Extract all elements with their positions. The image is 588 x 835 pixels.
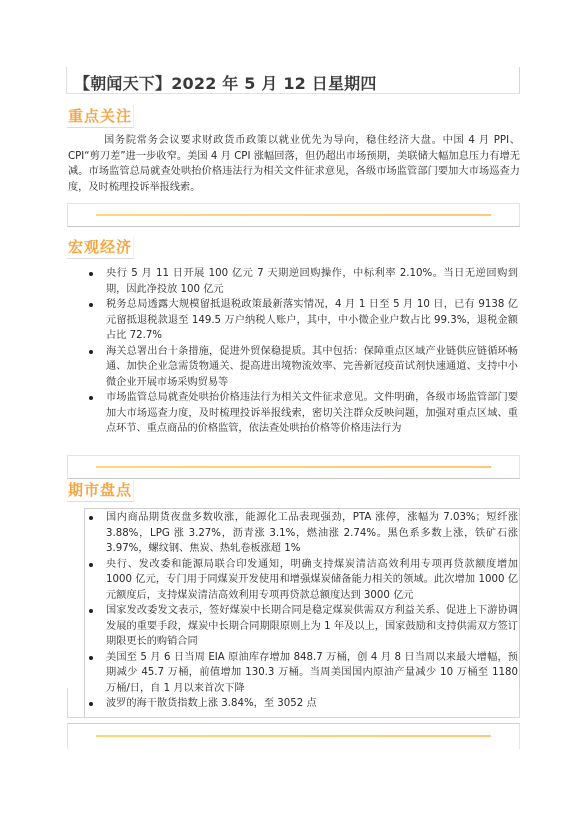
list-item-text: 国家发改委发文表示，签好煤炭中长期合同是稳定煤炭供需双方利益关系、促进上下游协调… — [106, 605, 518, 647]
list-item: 市场监管总局就查处哄抬价格违法行为相关文件征求意见。文件明确，各级市场监管部门要… — [86, 390, 518, 437]
list-item-text: 国内商品期货夜盘多数收涨，能源化工品表现强劲，PTA 涨停，涨幅为 7.03%；… — [106, 512, 518, 554]
list-item-text: 央行 5 月 11 日开展 100 亿元 7 天期逆回购操作，中标利率 2.10… — [106, 268, 518, 295]
bullet-icon — [89, 609, 93, 613]
bullet-icon — [89, 702, 93, 706]
bullet-icon — [89, 350, 93, 354]
list-item-text: 美国至 5 月 6 日当周 EIA 原油库存增加 848.7 万桶，创 4 月 … — [106, 652, 518, 694]
list-item: 国内商品期货夜盘多数收涨，能源化工品表现强劲，PTA 涨停，涨幅为 7.03%；… — [86, 510, 518, 557]
section-divider — [67, 723, 520, 749]
focus-paragraph: 国务院常务会议要求财政货币政策以就业优先为导向，稳住经济大盘。中国 4 月 PP… — [68, 133, 520, 195]
bullet-icon — [89, 563, 93, 567]
list-item: 央行 5 月 11 日开展 100 亿元 7 天期逆回购操作，中标利率 2.10… — [86, 266, 518, 297]
bullet-icon — [89, 303, 93, 307]
list-item-text: 央行、发改委和能源局联合印发通知，明确支持煤炭清洁高效利用专项再贷款额度增加 1… — [106, 559, 518, 601]
section-heading-focus: 重点关注 — [67, 105, 134, 128]
macro-list: 央行 5 月 11 日开展 100 亿元 7 天期逆回购操作，中标利率 2.10… — [86, 266, 518, 437]
list-item-text: 税务总局透露大规模留抵退税政策最新落实情况，4 月 1 日至 5 月 10 日，… — [106, 299, 518, 341]
bullet-icon — [89, 656, 93, 660]
list-item-text: 海关总署出台十条措施，促进外贸保稳提质。其中包括：保障重点区域产业链供应链循环畅… — [106, 346, 518, 388]
divider-line — [96, 466, 491, 468]
divider-line — [96, 214, 491, 216]
list-item: 国家发改委发文表示，签好煤炭中长期合同是稳定煤炭供需双方利益关系、促进上下游协调… — [86, 603, 518, 650]
list-item: 海关总署出台十条措施，促进外贸保稳提质。其中包括：保障重点区域产业链供应链循环畅… — [86, 344, 518, 391]
list-item-text: 市场监管总局就查处哄抬价格违法行为相关文件征求意见。文件明确，各级市场监管部门要… — [106, 392, 518, 434]
list-item: 美国至 5 月 6 日当周 EIA 原油库存增加 848.7 万桶，创 4 月 … — [86, 650, 518, 697]
bullet-icon — [89, 272, 93, 276]
document-title: 【朝闻天下】2022 年 5 月 12 日星期四 — [74, 71, 377, 94]
title-box: 【朝闻天下】2022 年 5 月 12 日星期四 — [66, 67, 520, 94]
section-heading-macro: 宏观经济 — [67, 236, 134, 259]
divider-line — [96, 735, 491, 737]
bullet-icon — [89, 396, 93, 400]
section-divider — [67, 455, 520, 479]
list-item: 波罗的海干散货指数上涨 3.84%，至 3052 点 — [86, 696, 518, 712]
list-item-text: 波罗的海干散货指数上涨 3.84%，至 3052 点 — [106, 698, 317, 709]
section-heading-futures: 期市盘点 — [67, 479, 134, 502]
section-divider — [67, 203, 520, 227]
bullet-icon — [89, 516, 93, 520]
list-item: 央行、发改委和能源局联合印发通知，明确支持煤炭清洁高效利用专项再贷款额度增加 1… — [86, 557, 518, 604]
futures-list: 国内商品期货夜盘多数收涨，能源化工品表现强劲，PTA 涨停，涨幅为 7.03%；… — [86, 510, 518, 712]
list-item: 税务总局透露大规模留抵退税政策最新落实情况，4 月 1 日至 5 月 10 日，… — [86, 297, 518, 344]
